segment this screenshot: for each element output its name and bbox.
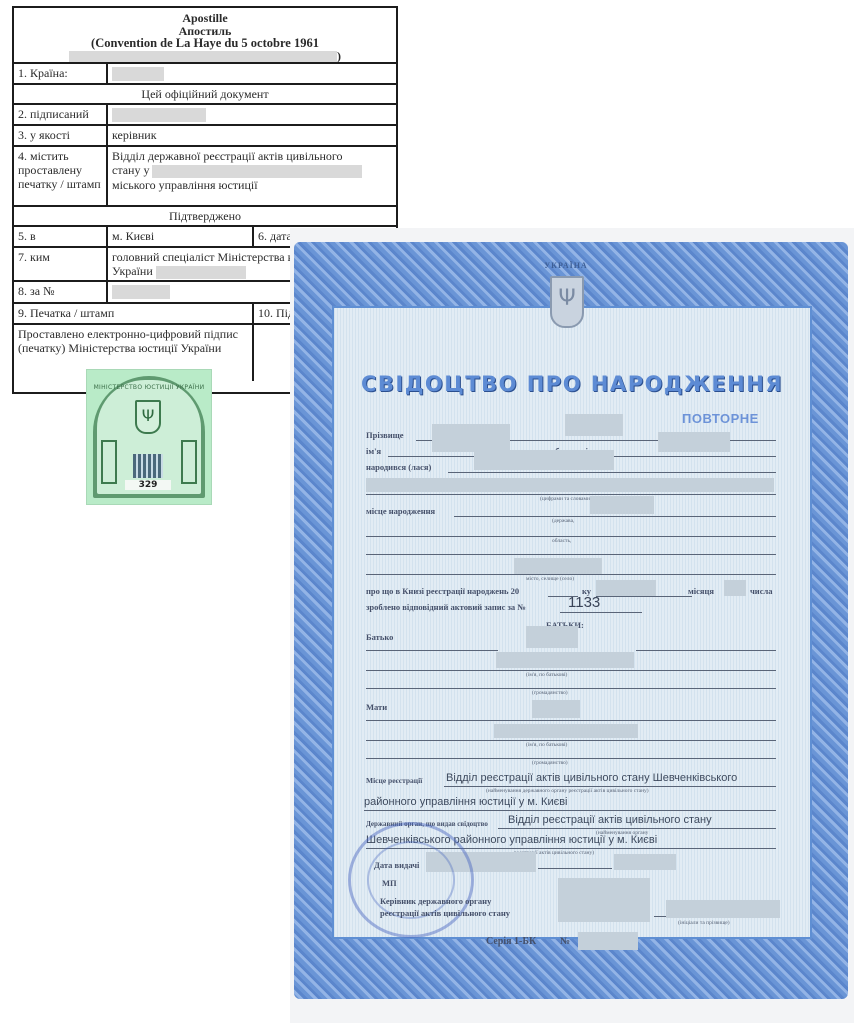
redacted-block — [532, 700, 580, 718]
registration-place-value-2: районного управління юстиції у м. Києві — [364, 796, 568, 808]
redacted-block — [112, 285, 170, 299]
born-label: народився (лася) — [366, 462, 431, 472]
head-label-2: реєстрації актів цивільного стану — [380, 908, 510, 918]
name-caption: (ім'я, по батькові) — [526, 672, 567, 678]
month-label: місяця — [688, 586, 714, 596]
redacted-block — [526, 626, 578, 648]
capacity-label: 3. у якості — [14, 126, 108, 145]
redacted-block — [565, 414, 623, 436]
column-ornament-icon — [181, 440, 197, 484]
day-label: числа — [750, 586, 772, 596]
certificate-title: СВІДОЦТВО ПРО НАРОДЖЕННЯ — [338, 372, 806, 396]
redacted-block — [432, 424, 510, 452]
redacted-block — [578, 932, 638, 950]
redacted-block — [666, 900, 780, 918]
seal-value: Відділ державної реєстрації актів цивіль… — [108, 147, 396, 205]
birthplace-label: місце народження — [366, 506, 435, 516]
signed-label: 2. підписаний — [14, 105, 108, 124]
row-signed: 2. підписаний — [14, 105, 396, 126]
capacity-value: керівник — [108, 126, 396, 145]
row-seal: 4. містить проставлену печатку / штамп В… — [14, 147, 396, 207]
stamp-text: МІНІСТЕРСТВО ЮСТИЦІЇ УКРАЇНИ — [87, 384, 211, 391]
series-label: Серія 1-БК — [486, 936, 536, 947]
country-caption: (держава, — [552, 518, 574, 524]
name-caption: (ім'я, по батькові) — [526, 742, 567, 748]
trident-icon: Ψ — [135, 400, 161, 434]
registry-text: про що в Книзі реєстрації народжень 20 — [366, 586, 519, 596]
issuer-value: Відділ реєстрації актів цивільного стану — [508, 814, 712, 826]
redacted-block — [614, 854, 676, 870]
citizenship-caption: (громадянство) — [532, 760, 568, 766]
apostille-header: Apostille Апостиль (Convention de La Hay… — [14, 8, 396, 64]
column-ornament-icon — [101, 440, 117, 484]
row-capacity: 3. у якості керівник — [14, 126, 396, 147]
country-label: 1. Країна: — [14, 64, 108, 83]
registration-place-label: Місце реєстрації — [366, 776, 422, 785]
redacted-block — [112, 67, 164, 81]
by-label: 7. ким — [14, 248, 108, 280]
qr-code-icon — [133, 454, 163, 478]
redacted-block — [112, 108, 206, 122]
redacted-block — [494, 724, 638, 738]
redacted-block — [69, 51, 337, 62]
official-seal-icon — [348, 822, 474, 938]
region-caption: область, — [552, 538, 571, 544]
number-label: 8. за № — [14, 282, 108, 302]
registration-place-caption: (найменування державного органу реєстрац… — [486, 788, 649, 794]
stamp-number: 329 — [125, 480, 171, 490]
redacted-block — [658, 432, 730, 452]
redacted-block — [514, 558, 602, 574]
head-label: Керівник державного органу — [380, 896, 491, 906]
redacted-block — [558, 878, 650, 922]
official-document-header: Цей офіційний документ — [14, 85, 396, 105]
row-country: 1. Країна: — [14, 64, 396, 85]
date-caption: (цифрами та словами) — [540, 496, 592, 502]
redacted-block — [590, 496, 654, 514]
apostille-title-fr: Apostille — [14, 12, 396, 25]
father-label: Батько — [366, 632, 393, 642]
place-label: 5. в — [14, 227, 108, 246]
registration-place-value: Відділ реєстрації актів цивільного стану… — [446, 772, 737, 784]
record-number: 1133 — [568, 594, 600, 611]
redacted-block — [724, 580, 746, 596]
trident-icon: Ψ — [550, 276, 584, 328]
initials-caption: (ініціали та прізвище) — [678, 920, 730, 926]
mother-label: Мати — [366, 702, 387, 712]
redacted-block — [366, 478, 774, 492]
confirmed-header: Підтверджено — [14, 207, 396, 227]
city-caption: місто, селище (село) — [526, 576, 574, 582]
duplicate-mark: ПОВТОРНЕ — [682, 411, 759, 426]
redacted-block — [596, 580, 656, 596]
name-label: ім'я — [366, 446, 381, 456]
surname-label: Прізвище — [366, 430, 404, 440]
number-sign: № — [560, 936, 570, 947]
stamp-label: 9. Печатка / штамп — [14, 304, 254, 323]
redacted-block — [152, 165, 362, 178]
record-text: зроблено відповідний актовий запис за № — [366, 602, 526, 612]
redacted-block — [156, 266, 246, 279]
redacted-block — [474, 450, 614, 470]
redacted-block — [496, 652, 634, 668]
citizenship-caption: (громадянство) — [532, 690, 568, 696]
ministry-stamp: МІНІСТЕРСТВО ЮСТИЦІЇ УКРАЇНИ Ψ 329 — [86, 369, 212, 505]
seal-label: 4. містить проставлену печатку / штамп — [14, 147, 108, 205]
birth-certificate: УКРАЇНА Ψ СВІДОЦТВО ПРО НАРОДЖЕННЯ ПОВТО… — [290, 228, 854, 1023]
place-value: м. Києві — [108, 227, 254, 246]
country-label: УКРАЇНА — [536, 261, 596, 270]
